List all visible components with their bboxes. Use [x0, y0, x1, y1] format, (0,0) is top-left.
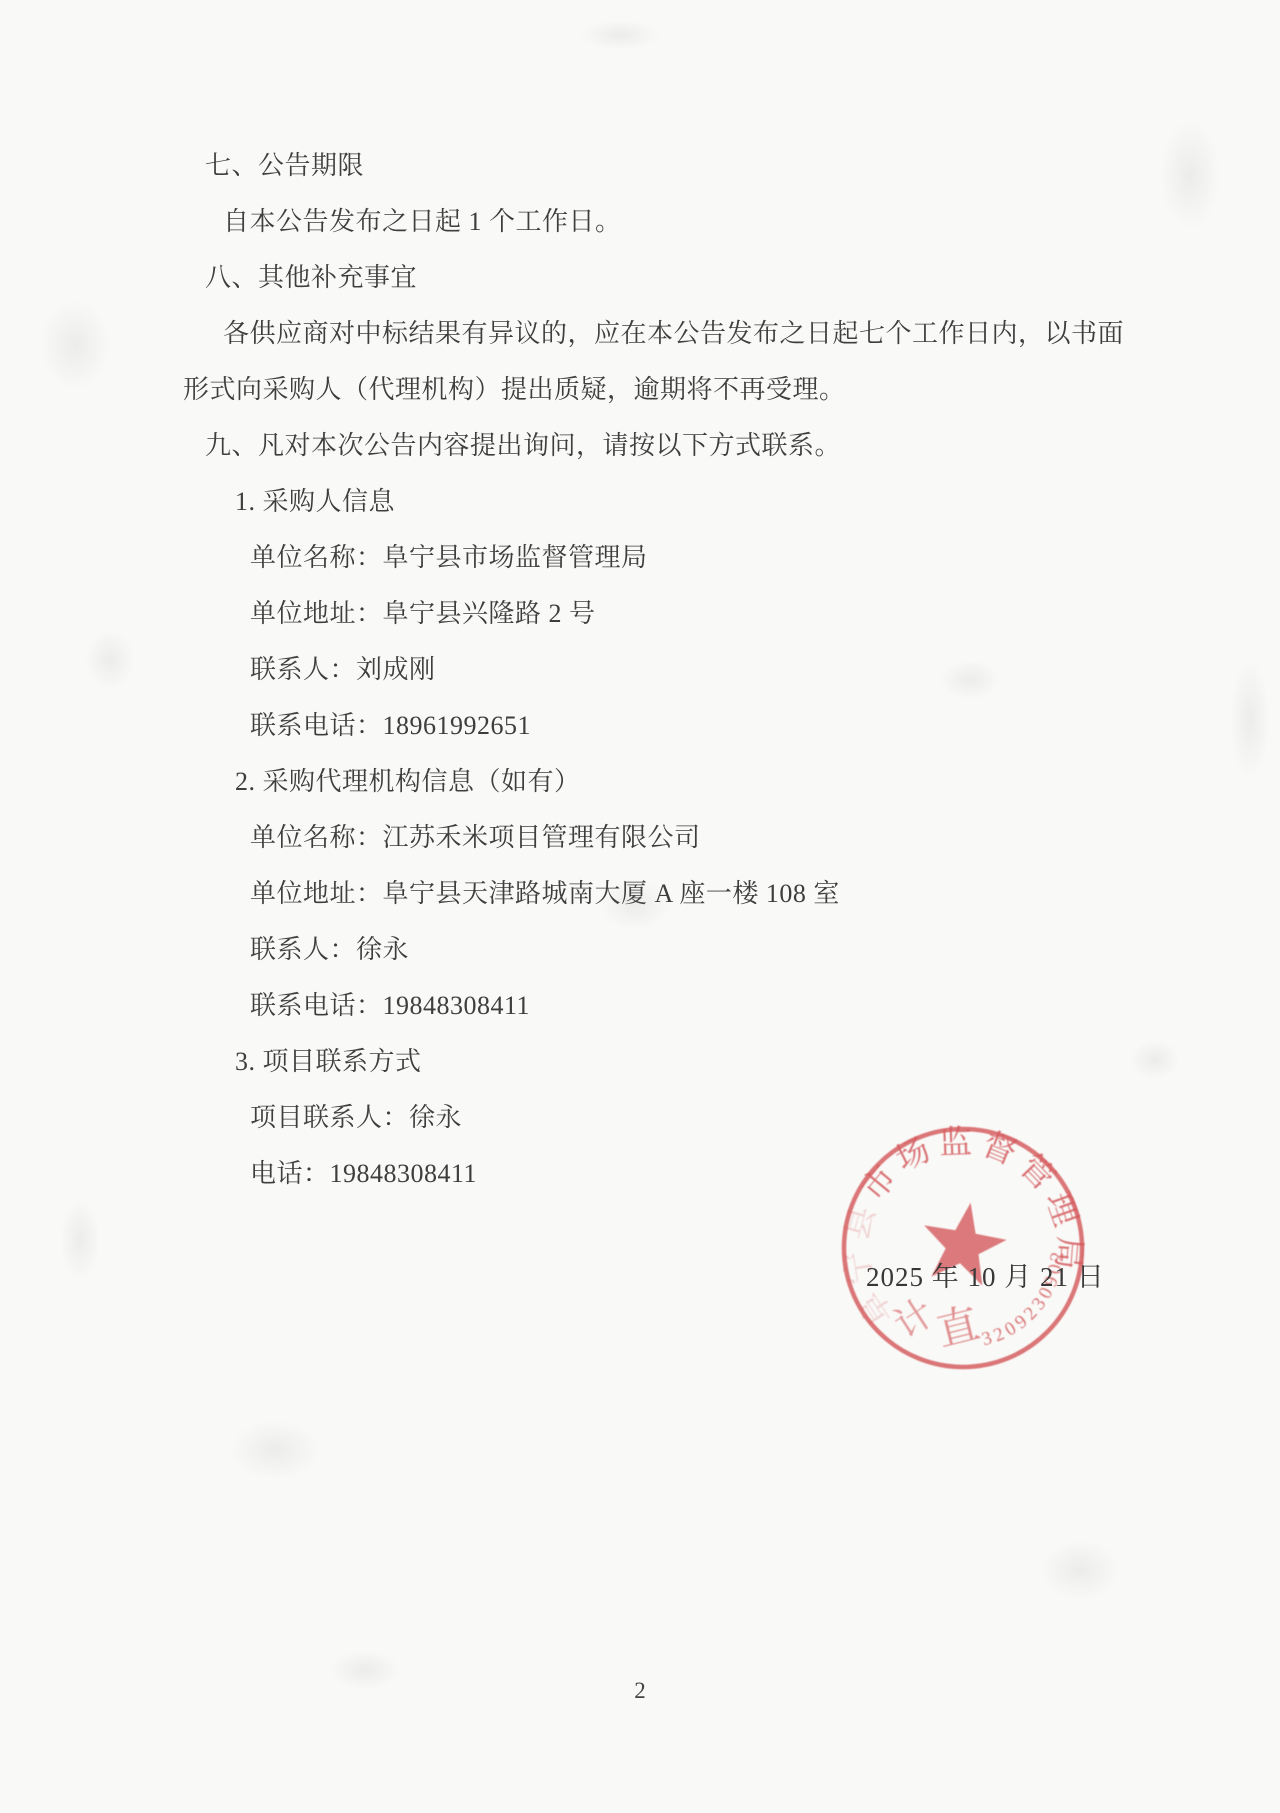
scanned-document-page: 七、公告期限 自本公告发布之日起 1 个工作日。 八、其他补充事宜 各供应商对中…	[0, 0, 1280, 1813]
scan-smudge	[85, 630, 135, 690]
doc-line: 项目联系人：徐永	[250, 1102, 462, 1133]
scan-smudge	[60, 1200, 100, 1280]
scan-smudge	[1160, 120, 1220, 230]
doc-line: 联系人：刘成刚	[250, 654, 436, 685]
scan-smudge	[1230, 660, 1270, 780]
scan-smudge	[40, 300, 110, 390]
doc-line: 电话：19848308411	[250, 1158, 477, 1189]
doc-line: 单位名称：江苏禾米项目管理有限公司	[250, 822, 701, 853]
doc-line: 单位名称：阜宁县市场监督管理局	[250, 542, 648, 573]
section-heading: 七、公告期限	[205, 150, 364, 181]
section-heading: 九、凡对本次公告内容提出询问，请按以下方式联系。	[205, 430, 841, 461]
scan-smudge	[230, 1420, 320, 1480]
page-number: 2	[0, 1678, 1280, 1704]
doc-line: 各供应商对中标结果有异议的，应在本公告发布之日起七个工作日内，以书面	[223, 318, 1124, 349]
scan-smudge	[580, 20, 660, 50]
doc-line: 联系电话：19848308411	[250, 990, 530, 1021]
doc-line: 单位地址：阜宁县天津路城南大厦 A 座一楼 108 室	[250, 878, 840, 909]
doc-line: 联系电话：18961992651	[250, 710, 531, 741]
doc-line: 联系人：徐永	[250, 934, 409, 965]
doc-subheading: 2. 采购代理机构信息（如有）	[235, 766, 581, 797]
section-heading: 八、其他补充事宜	[205, 262, 417, 293]
document-date: 2025 年 10 月 21 日	[866, 1255, 1105, 1294]
doc-line: 形式向采购人（代理机构）提出质疑，逾期将不再受理。	[183, 374, 846, 405]
doc-subheading: 1. 采购人信息	[235, 486, 395, 517]
scan-smudge	[1130, 1040, 1180, 1080]
scan-smudge	[940, 660, 1000, 700]
official-seal-stamp: 阜宁县市场监督管理局 3209230902 计 直	[833, 1118, 1093, 1378]
stamp-inner-glyph-right: 直	[932, 1300, 984, 1356]
doc-line: 自本公告发布之日起 1 个工作日。	[223, 206, 622, 237]
doc-subheading: 3. 项目联系方式	[235, 1046, 422, 1077]
doc-line: 单位地址：阜宁县兴隆路 2 号	[250, 598, 596, 629]
scan-smudge	[1040, 1540, 1120, 1600]
